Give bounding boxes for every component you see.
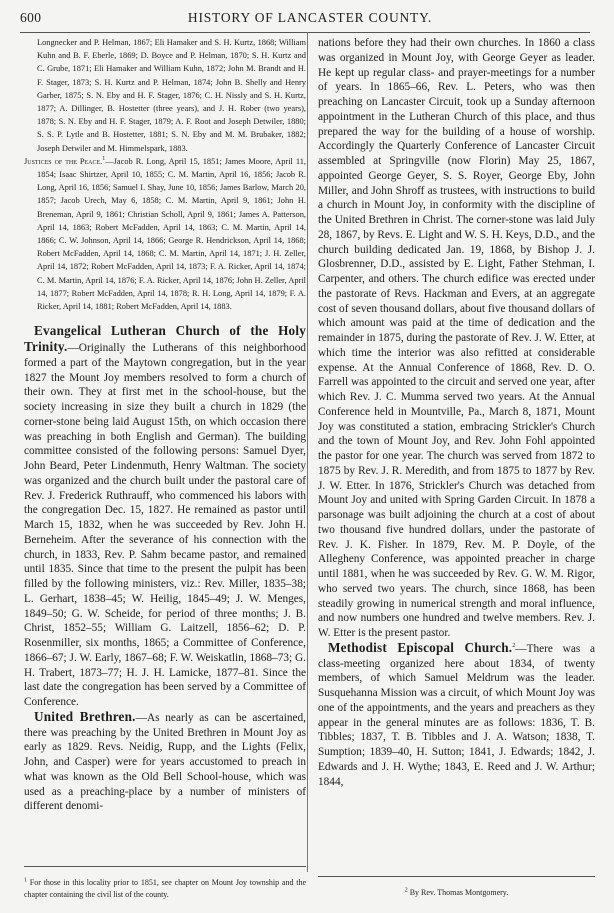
right-column: nations before they had their own church…: [318, 36, 595, 789]
book-page: 600 HISTORY OF LANCASTER COUNTY. Longnec…: [0, 0, 614, 913]
supervisors-list: Longnecker and P. Helman, 1867; Eli Hama…: [24, 36, 306, 155]
footnote-rule-left: [24, 866, 306, 867]
lutheran-section: Evangelical Lutheran Church of the Holy …: [24, 324, 306, 814]
footnote-marker-1: 1: [24, 877, 27, 883]
left-column: Longnecker and P. Helman, 1867; Eli Hama…: [24, 36, 306, 814]
lutheran-paragraph: Evangelical Lutheran Church of the Holy …: [24, 324, 306, 710]
footnote-text-2: By Rev. Thomas Montgomery.: [410, 888, 509, 897]
methodist-paragraph: Methodist Episcopal Church.2—There was a…: [318, 641, 595, 790]
footnote-marker-2: 2: [405, 887, 408, 893]
united-brethren-continued: nations before they had their own church…: [318, 36, 595, 641]
right-body: nations before they had their own church…: [318, 36, 595, 789]
united-brethren-text: —As nearly as can be ascertained, there …: [24, 712, 306, 813]
footnote-text-1: For those in this locality prior to 1851…: [24, 878, 306, 899]
footnote-right: 2 By Rev. Thomas Montgomery.: [318, 887, 595, 899]
justices-label: Justices of the Peace.: [24, 157, 102, 166]
footnote-rule-right: [318, 876, 595, 877]
header-rule: [20, 32, 590, 33]
column-divider: [307, 32, 308, 872]
justices-list: Justices of the Peace.1—Jacob R. Long, A…: [24, 155, 306, 313]
page-header: 600 HISTORY OF LANCASTER COUNTY.: [20, 8, 600, 28]
running-title: HISTORY OF LANCASTER COUNTY.: [20, 10, 600, 26]
lutheran-text: —Originally the Lutherans of this neighb…: [24, 342, 306, 708]
united-brethren-paragraph: United Brethren.—As nearly as can be asc…: [24, 710, 306, 814]
methodist-text: —There was a class-meeting organized her…: [318, 643, 595, 788]
justices-text: —Jacob R. Long, April 15, 1851; James Mo…: [37, 157, 306, 311]
united-brethren-heading: United Brethren.: [34, 709, 136, 724]
officials-lists: Longnecker and P. Helman, 1867; Eli Hama…: [24, 36, 306, 313]
methodist-heading: Methodist Episcopal Church.: [328, 640, 512, 655]
footnote-left: 1 For those in this locality prior to 18…: [24, 877, 306, 901]
